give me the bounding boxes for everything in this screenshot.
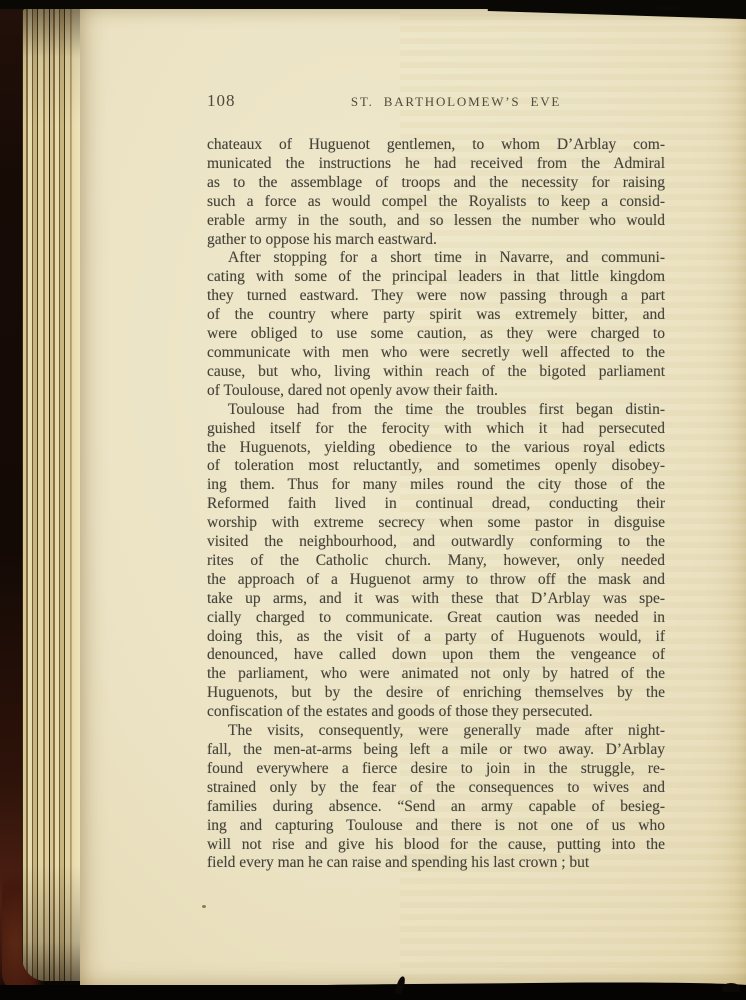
text-line: of Toulouse, dared not openly avow their…	[207, 382, 665, 401]
paragraph: chateaux of Huguenot gentlemen, to whom …	[207, 136, 665, 249]
text-line: confiscation of the estates and goods of…	[207, 703, 665, 722]
text-line: fall, the men-at-arms being left a mile …	[207, 741, 665, 760]
text-line: municated the instructions he had receiv…	[207, 155, 665, 174]
text-line: were obliged to use some caution, as the…	[207, 325, 665, 344]
running-header: ST. BARTHOLOMEW’S EVE	[247, 94, 665, 110]
text-line: After stopping for a short time in Navar…	[207, 249, 665, 268]
text-line: cating with some of the principal leader…	[207, 268, 665, 287]
text-line: Reformed faith lived in continual dread,…	[207, 495, 665, 514]
text-line: visited the neighbourhood, and outwardly…	[207, 533, 665, 552]
text-line: they turned eastward. They were now pass…	[207, 287, 665, 306]
book-scan-scene: 108 ST. BARTHOLOMEW’S EVE chateaux of Hu…	[0, 0, 746, 1000]
text-line: rites of the Catholic church. Many, howe…	[207, 552, 665, 571]
text-line: cause, but who, living within reach of t…	[207, 363, 665, 382]
text-line: strained only by the fear of the consequ…	[207, 779, 665, 798]
text-line: ing and capturing Toulouse and there is …	[207, 817, 665, 836]
text-line: guished itself for the ferocity with whi…	[207, 420, 665, 439]
text-line: found everywhere a fierce desire to join…	[207, 760, 665, 779]
text-line: ing them. Thus for many miles round the …	[207, 476, 665, 495]
text-line: of toleration most reluctantly, and some…	[207, 457, 665, 476]
paragraph: The visits, consequently, were generally…	[207, 722, 665, 873]
text-line: communicate with men who were secretly w…	[207, 344, 665, 363]
text-line: gather to oppose his march eastward.	[207, 231, 665, 250]
text-line: field every man he can raise and spendin…	[207, 854, 665, 873]
text-line: of the country where party spirit was ex…	[207, 306, 665, 325]
text-line: worship with extreme secrecy when some p…	[207, 514, 665, 533]
text-line: cially charged to communicate. Great cau…	[207, 609, 665, 628]
body-text: chateaux of Huguenot gentlemen, to whom …	[207, 136, 665, 873]
top-edge-notch	[655, 6, 681, 11]
text-line: the Huguenots, yielding obedience to the…	[207, 439, 665, 458]
text-line: erable army in the south, and so lessen …	[207, 212, 665, 231]
page-corner-curl	[722, 983, 740, 992]
page-number: 108	[207, 91, 236, 111]
text-line: will not rise and give his blood for the…	[207, 836, 665, 855]
text-line: take up arms, and it was with these that…	[207, 590, 665, 609]
text-line: chateaux of Huguenot gentlemen, to whom …	[207, 136, 665, 155]
text-line: denounced, have called down upon them th…	[207, 646, 665, 665]
text-line: The visits, consequently, were generally…	[207, 722, 665, 741]
book-page: 108 ST. BARTHOLOMEW’S EVE chateaux of Hu…	[80, 8, 746, 987]
page-header-row: 108 ST. BARTHOLOMEW’S EVE	[207, 91, 665, 113]
page-fore-edges	[22, 9, 82, 981]
text-line: Huguenots, but by the desire of enrichin…	[207, 684, 665, 703]
text-line: as to the assemblage of troops and the n…	[207, 174, 665, 193]
text-line: the approach of a Huguenot army to throw…	[207, 571, 665, 590]
text-line: families during absence. “Send an army c…	[207, 798, 665, 817]
text-line: Toulouse had from the time the troubles …	[207, 401, 665, 420]
paragraph: Toulouse had from the time the troubles …	[207, 401, 665, 722]
text-line: the parliament, who were animated not on…	[207, 665, 665, 684]
paragraph: After stopping for a short time in Navar…	[207, 249, 665, 400]
dust-speck	[202, 905, 206, 908]
text-line: doing this, as the visit of a party of H…	[207, 628, 665, 647]
text-line: such a force as would compel the Royalis…	[207, 193, 665, 212]
